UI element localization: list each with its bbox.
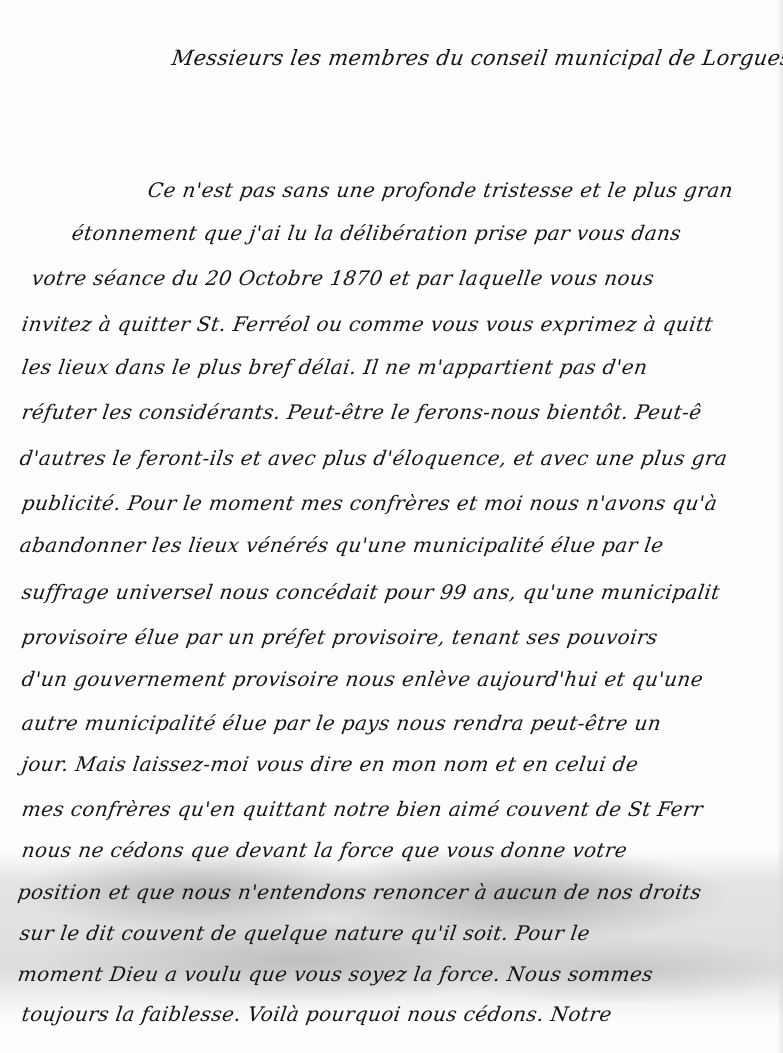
letter-line: invitez à quitter St. Ferréol ou comme v… bbox=[20, 312, 714, 336]
letter-line: autre municipalité élue par le pays nous… bbox=[20, 711, 663, 735]
letter-line: position et que nous n'entendons renonce… bbox=[16, 880, 703, 904]
letter-line: mes confrères qu'en quittant notre bien … bbox=[20, 797, 704, 821]
letter-line: moment Dieu a voulu que vous soyez la fo… bbox=[16, 962, 654, 986]
letter-line: réfuter les considérants. Peut-être le f… bbox=[20, 400, 703, 424]
letter-body: Ce n'est pas sans une profonde tristesse… bbox=[0, 0, 783, 1053]
letter-line: d'un gouvernement provisoire nous enlève… bbox=[20, 667, 705, 691]
scanned-letter-page: Messieurs les membres du conseil municip… bbox=[0, 0, 783, 1053]
letter-line: publicité. Pour le moment mes confrères … bbox=[20, 491, 719, 515]
letter-line: nous ne cédons que devant la force que v… bbox=[20, 838, 629, 862]
letter-line: votre séance du 20 Octobre 1870 et par l… bbox=[30, 266, 656, 290]
letter-line: jour. Mais laissez-moi vous dire en mon … bbox=[20, 752, 640, 776]
letter-line: les lieux dans le plus bref délai. Il ne… bbox=[20, 355, 649, 379]
letter-line: sur le dit couvent de quelque nature qu'… bbox=[18, 921, 591, 945]
letter-line: étonnement que j'ai lu la délibération p… bbox=[70, 221, 683, 245]
letter-line: suffrage universel nous concédait pour 9… bbox=[20, 580, 721, 604]
letter-line: Ce n'est pas sans une profonde tristesse… bbox=[146, 178, 734, 202]
letter-line: d'autres le feront-ils et avec plus d'él… bbox=[18, 446, 729, 470]
letter-line: abandonner les lieux vénérés qu'une muni… bbox=[18, 533, 665, 557]
letter-line: provisoire élue par un préfet provisoire… bbox=[20, 625, 659, 649]
letter-line: toujours la faiblesse. Voilà pourquoi no… bbox=[20, 1002, 613, 1026]
